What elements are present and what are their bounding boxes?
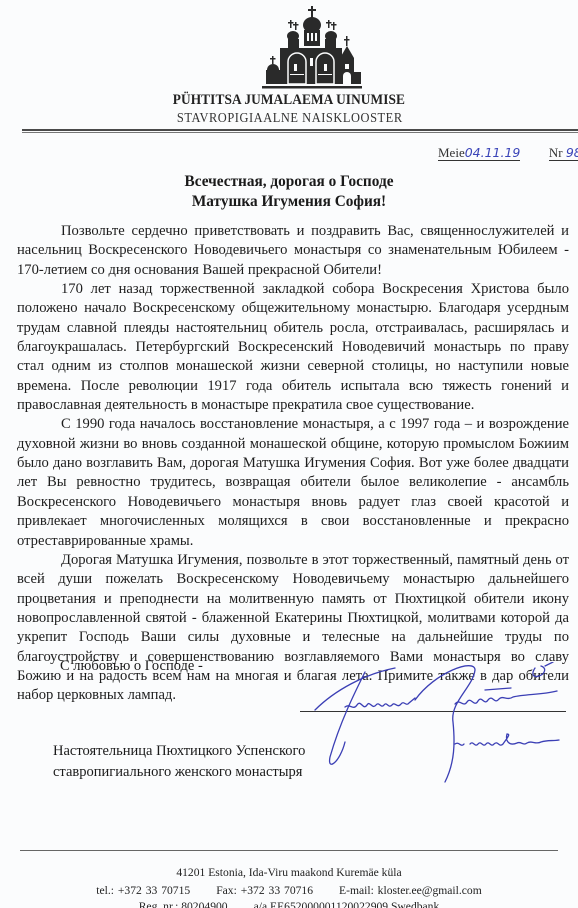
closing: С любовью о Господе - [60, 658, 203, 675]
footer-registration: Reg. nr.: 80204900a/a EE6520000011200229… [0, 900, 578, 908]
number-label: Nr [549, 145, 563, 160]
footer-address: 41201 Estonia, Ida-Viru maakond Kuremäe … [0, 866, 578, 879]
footer-tel: tel.: +372 33 70715 [96, 884, 190, 897]
footer-bank-account: a/a EE652000001120022909 Swedbank [254, 900, 440, 908]
org-subtitle: STAVROPIGIAALNE NAISKLOOSTER [0, 110, 552, 126]
footer-email: E-mail: kloster.ee@gmail.com [339, 884, 482, 897]
number-field: Nr 98 [549, 145, 578, 161]
signatory-line-1: Настоятельница Пюхтицкого Успенского [53, 741, 305, 762]
org-name: PÜHTITSA JUMALAEMA UINUMISE [0, 92, 552, 109]
signatory-line-2: ставропигиального женского монастыря [53, 762, 305, 783]
greeting-line-1: Всечестная, дорогая о Господе [0, 172, 578, 192]
footer-fax: Fax: +372 33 70716 [216, 884, 313, 897]
greeting-line-2: Матушка Игумения София! [0, 192, 578, 212]
signatory-title: Настоятельница Пюхтицкого Успенского ста… [53, 741, 305, 782]
paragraph: 170 лет назад торжественной закладкой со… [17, 280, 569, 415]
date-field: Meie04.11.19 [438, 145, 520, 161]
footer-divider [20, 850, 558, 851]
letter-body: Позвольте сердечно приветствовать и позд… [17, 222, 569, 706]
date-value: 04.11.19 [465, 145, 521, 160]
number-value: 98 [566, 145, 578, 160]
handwritten-signature-icon [305, 662, 577, 784]
cathedral-logo-icon [262, 2, 362, 92]
paragraph: Позвольте сердечно приветствовать и позд… [17, 222, 569, 280]
header-divider [22, 129, 578, 133]
greeting: Всечестная, дорогая о Господе Матушка Иг… [0, 172, 578, 212]
footer-contacts: tel.: +372 33 70715Fax: +372 33 70716E-m… [0, 884, 578, 897]
paragraph: С 1990 года началось восстановление мона… [17, 415, 569, 550]
reference-line: Meie04.11.19 Nr 98 [438, 145, 578, 161]
footer-reg-number: Reg. nr.: 80204900 [139, 900, 228, 908]
date-label: Meie [438, 145, 465, 160]
